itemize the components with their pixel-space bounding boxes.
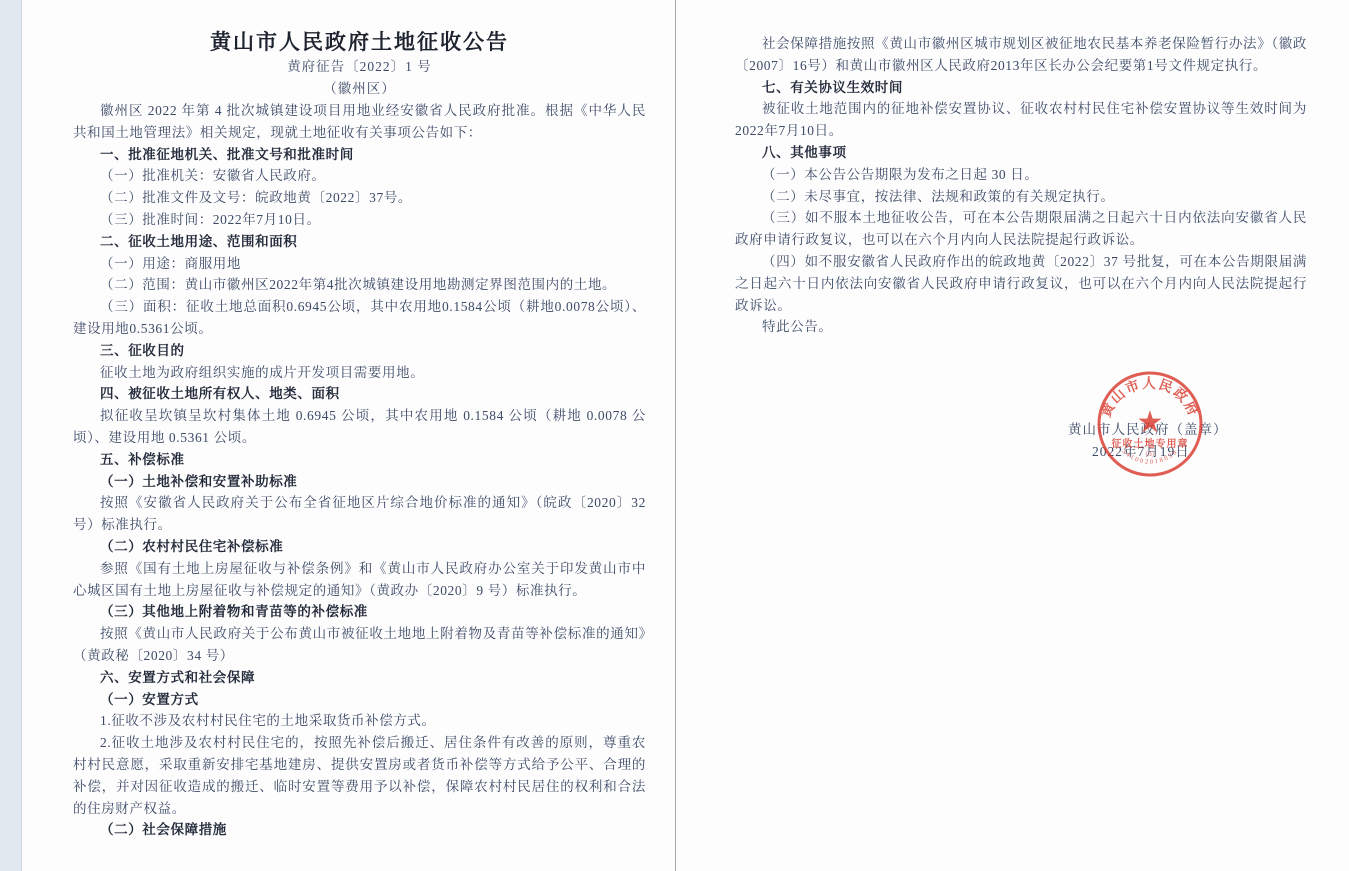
paragraph: 征收土地为政府组织实施的成片开发项目需要用地。 [73, 362, 646, 384]
paragraph: 拟征收呈坎镇呈坎村集体土地 0.6945 公顷，其中农用地 0.1584 公顷（… [73, 405, 646, 449]
paragraph: 四、被征收土地所有权人、地类、面积 [73, 383, 646, 405]
paragraph: 2.征收土地涉及农村村民住宅的，按照先补偿后搬迁、居住条件有改善的原则，尊重农村… [73, 732, 646, 819]
paragraph: 按照《安徽省人民政府关于公布全省征地区片综合地价标准的通知》（皖政〔2020〕3… [73, 492, 646, 536]
left-page: 黄山市人民政府土地征收公告 黄府征告〔2022〕1 号 （徽州区） 徽州区 20… [73, 29, 646, 841]
paragraph: （三）其他地上附着物和青苗等的补偿标准 [73, 601, 646, 623]
document-title: 黄山市人民政府土地征收公告 [73, 29, 646, 56]
right-column-text: 社会保障措施按照《黄山市徽州区城市规划区被征地农民基本养老保险暂行办法》（徽政〔… [735, 33, 1307, 338]
paragraph: 六、安置方式和社会保障 [73, 667, 646, 689]
seal-subcaption: （3） [1141, 450, 1159, 458]
paragraph: 被征收土地范围内的征地补偿安置协议、征收农村村民住宅补偿安置协议等生效时间为20… [735, 98, 1307, 142]
paragraph: （二）批准文件及文号：皖政地黄〔2022〕37号。 [73, 187, 646, 209]
paragraph: （二）范围：黄山市徽州区2022年第4批次城镇建设用地勘测定界图范围内的土地。 [73, 274, 646, 296]
paragraph: （三）批准时间：2022年7月10日。 [73, 209, 646, 231]
paragraph: 二、征收土地用途、范围和面积 [73, 231, 646, 253]
document-number: 黄府征告〔2022〕1 号 [73, 56, 646, 78]
paragraph: （三）面积：征收土地总面积0.6945公顷，其中农用地0.1584公顷（耕地0.… [73, 296, 646, 340]
paragraph: 一、批准征地机关、批准文号和批准时间 [73, 144, 646, 166]
paragraph: （一）用途：商服用地 [73, 253, 646, 275]
seal-star-icon: ★ [1137, 406, 1164, 439]
right-page: 社会保障措施按照《黄山市徽州区城市规划区被征地农民基本养老保险暂行办法》（徽政〔… [735, 33, 1307, 338]
district-line: （徽州区） [73, 78, 646, 100]
paragraph: 八、其他事项 [735, 142, 1307, 164]
paragraph: （一）土地补偿和安置补助标准 [73, 471, 646, 493]
paragraph: 按照《黄山市人民政府关于公布黄山市被征收土地地上附着物及青苗等补偿标准的通知》（… [73, 623, 646, 667]
paragraph: （四）如不服安徽省人民政府作出的皖政地黄〔2022〕37 号批复，可在本公告期限… [735, 251, 1307, 316]
paragraph: （二）农村村民住宅补偿标准 [73, 536, 646, 558]
paragraph: （一）安置方式 [73, 689, 646, 711]
paragraph: （一）本公告公告期限为发布之日起 30 日。 [735, 164, 1307, 186]
paragraph: 徽州区 2022 年第 4 批次城镇建设项目用地业经安徽省人民政府批准。根据《中… [73, 100, 646, 144]
paragraph: （三）如不服本土地征收公告，可在本公告期限届满之日起六十日内依法向安徽省人民政府… [735, 207, 1307, 251]
left-column-text: 徽州区 2022 年第 4 批次城镇建设项目用地业经安徽省人民政府批准。根据《中… [73, 100, 646, 841]
page-divider [675, 0, 676, 871]
scan-edge-strip [0, 0, 22, 871]
paragraph: 七、有关协议生效时间 [735, 77, 1307, 99]
paragraph: 特此公告。 [735, 316, 1307, 338]
paragraph: （一）批准机关：安徽省人民政府。 [73, 165, 646, 187]
paragraph: 社会保障措施按照《黄山市徽州区城市规划区被征地农民基本养老保险暂行办法》（徽政〔… [735, 33, 1307, 77]
paragraph: 参照《国有土地上房屋征收与补偿条例》和《黄山市人民政府办公室关于印发黄山市中心城… [73, 558, 646, 602]
paragraph: （二）未尽事宜，按法律、法规和政策的有关规定执行。 [735, 186, 1307, 208]
scanned-document: 黄山市人民政府土地征收公告 黄府征告〔2022〕1 号 （徽州区） 徽州区 20… [0, 0, 1349, 871]
seal-caption: 征收土地专用章 [1111, 437, 1189, 450]
paragraph: 1.征收不涉及农村村民住宅的土地采取货币补偿方式。 [73, 710, 646, 732]
official-seal-stamp: 黄山市人民政府 ★ 征收土地专用章 （3） 341002018028 [1095, 369, 1205, 479]
paragraph: 五、补偿标准 [73, 449, 646, 471]
paragraph: （二）社会保障措施 [73, 819, 646, 841]
paragraph: 三、征收目的 [73, 340, 646, 362]
